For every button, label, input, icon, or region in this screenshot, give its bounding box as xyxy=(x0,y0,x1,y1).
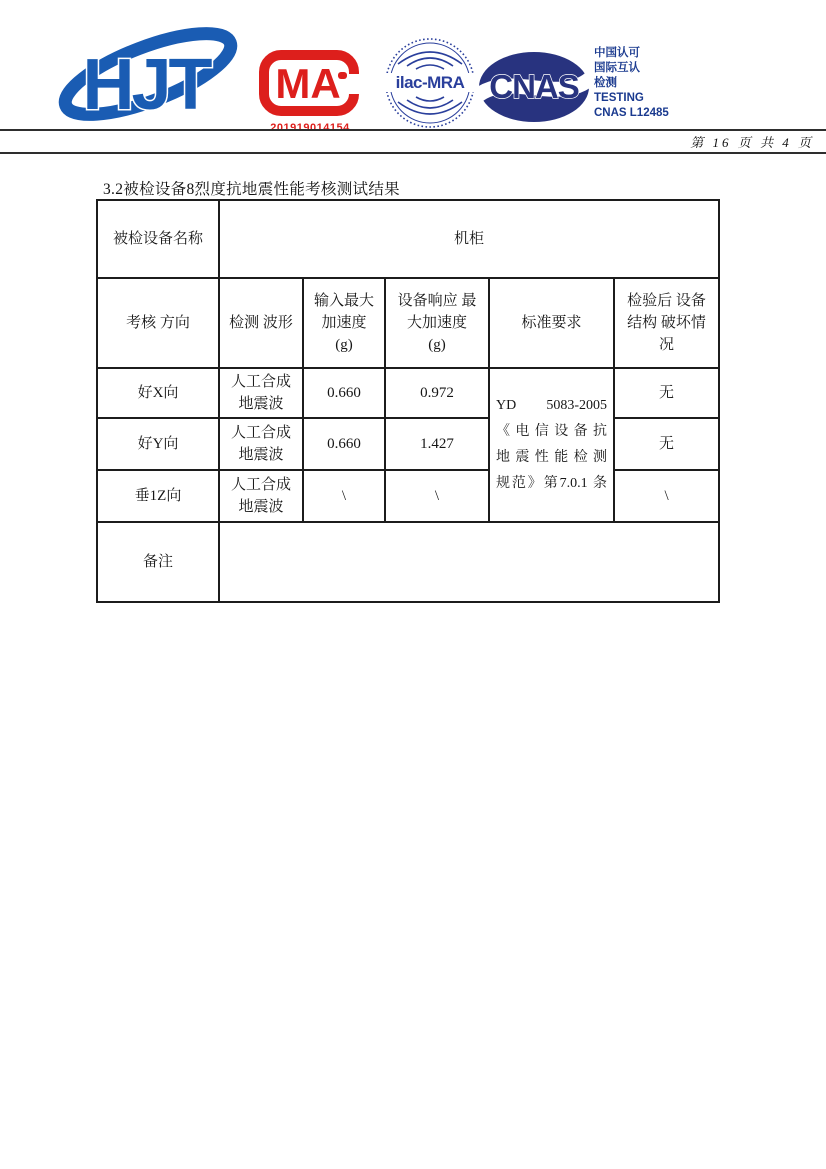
report-header: HJT MA 201919014154 ilac-MRA CNAS xyxy=(0,0,826,160)
header-cell-waveform: 检测 波形 xyxy=(219,278,303,368)
direction-cell: 垂1Z向 xyxy=(97,470,219,522)
standard-requirement-line: 《电信设备抗 xyxy=(496,419,607,445)
damage-cell: 无 xyxy=(614,368,719,418)
waveform-cell: 人工合成 地震波 xyxy=(219,418,303,470)
cma-logo: MA xyxy=(258,50,362,116)
cma-letters: MA xyxy=(275,60,340,107)
hjt-letters: HJT xyxy=(82,45,212,125)
header-rule-top xyxy=(0,129,826,131)
cnas-letters: CNAS xyxy=(489,68,579,105)
table-row: 好X向 人工合成 地震波 0.660 0.972 YD 5083-2005《电信… xyxy=(97,368,719,418)
accreditation-line: 检测 xyxy=(594,76,669,91)
accreditation-line: TESTING xyxy=(594,91,669,106)
hjt-logo: HJT xyxy=(50,22,242,136)
cma-certificate-number: 201919014154 xyxy=(258,122,362,134)
response-accel-cell: 1.427 xyxy=(385,418,489,470)
page-number: 第 16 页 共 4 页 xyxy=(690,132,814,151)
accreditation-line: CNAS L12485 xyxy=(594,106,669,121)
cnas-accreditation-text: 中国认可国际互认检测TESTINGCNAS L12485 xyxy=(594,46,669,121)
device-name-row: 被检设备名称 机柜 xyxy=(97,200,719,278)
remark-value-cell xyxy=(219,522,719,602)
remark-row: 备注 xyxy=(97,522,719,602)
report-page: { "page": { "number_text": "第 16 页 共 4 页… xyxy=(0,0,826,1169)
accreditation-line: 国际互认 xyxy=(594,61,669,76)
damage-cell: \ xyxy=(614,470,719,522)
ilac-mra-label: ilac-MRA xyxy=(396,73,465,92)
input-accel-cell: 0.660 xyxy=(303,368,385,418)
table-header-row: 考核 方向 检测 波形 输入最大 加速度 (g) 设备响应 最 大加速度 (g)… xyxy=(97,278,719,368)
device-name-label-cell: 被检设备名称 xyxy=(97,200,219,278)
ilac-mra-logo: ilac-MRA xyxy=(383,36,477,130)
accreditation-line: 中国认可 xyxy=(594,46,669,61)
table-row: 垂1Z向 人工合成 地震波 \ \ \ xyxy=(97,470,719,522)
header-cell-damage: 检验后 设备 结构 破坏情 况 xyxy=(614,278,719,368)
standard-requirement-cell: YD 5083-2005《电信设备抗地震性能检测规范》第7.0.1 条 xyxy=(489,368,614,522)
test-results-table: 被检设备名称 机柜 考核 方向 检测 波形 输入最大 加速度 (g) 设备响应 … xyxy=(96,199,720,603)
header-cell-direction: 考核 方向 xyxy=(97,278,219,368)
section-title: 3.2被检设备8烈度抗地震性能考核测试结果 xyxy=(103,177,400,199)
input-accel-cell: \ xyxy=(303,470,385,522)
standard-requirement-line: YD 5083-2005 xyxy=(496,393,607,419)
response-accel-cell: \ xyxy=(385,470,489,522)
cnas-logo: CNAS xyxy=(477,50,591,124)
header-cell-input-accel: 输入最大 加速度 (g) xyxy=(303,278,385,368)
input-accel-cell: 0.660 xyxy=(303,418,385,470)
standard-requirement-line: 地震性能检测 xyxy=(496,445,607,471)
cma-c-opening xyxy=(346,74,362,94)
device-name-value-cell: 机柜 xyxy=(219,200,719,278)
waveform-cell: 人工合成 地震波 xyxy=(219,470,303,522)
header-cell-standard: 标准要求 xyxy=(489,278,614,368)
damage-cell: 无 xyxy=(614,418,719,470)
cma-logo-block: MA 201919014154 xyxy=(258,50,362,134)
header-rule-bottom xyxy=(0,152,826,154)
standard-requirement-text: YD 5083-2005《电信设备抗地震性能检测规范》第7.0.1 条 xyxy=(496,393,607,497)
response-accel-cell: 0.972 xyxy=(385,368,489,418)
standard-requirement-line: 规范》第7.0.1 条 xyxy=(496,471,607,497)
direction-cell: 好Y向 xyxy=(97,418,219,470)
table-row: 好Y向 人工合成 地震波 0.660 1.427 无 xyxy=(97,418,719,470)
header-cell-response-accel: 设备响应 最 大加速度 (g) xyxy=(385,278,489,368)
direction-cell: 好X向 xyxy=(97,368,219,418)
waveform-cell: 人工合成 地震波 xyxy=(219,368,303,418)
remark-label-cell: 备注 xyxy=(97,522,219,602)
